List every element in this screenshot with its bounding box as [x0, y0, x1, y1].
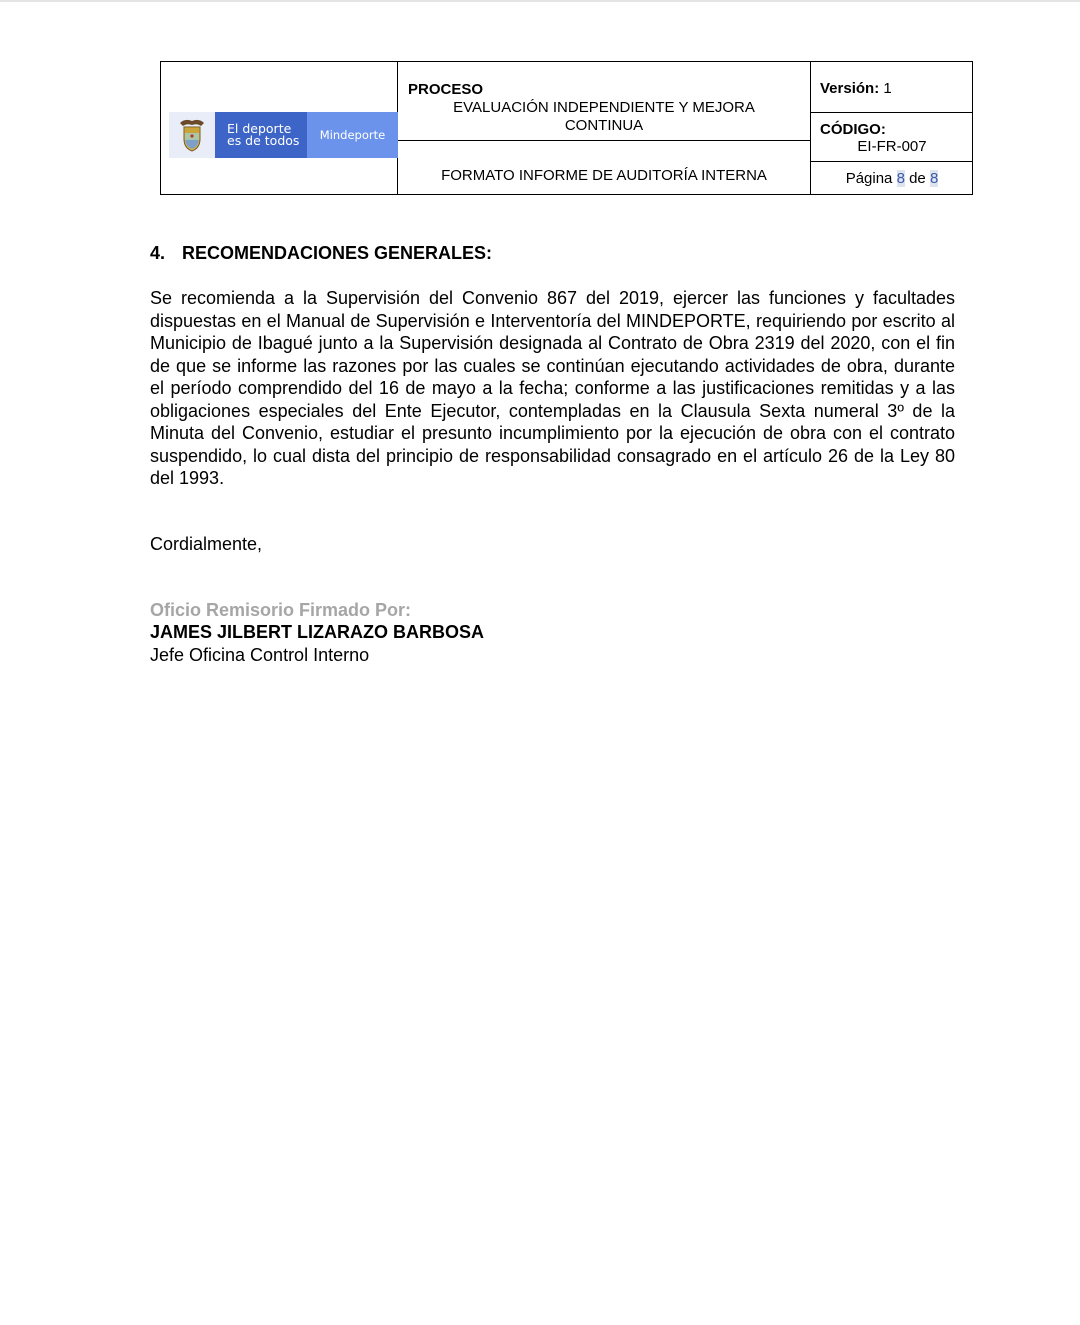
page-current: 8: [897, 170, 905, 187]
version: Versión: 1: [820, 80, 892, 97]
section-number: 4.: [150, 243, 182, 264]
page-indicator: Página 8 de 8: [810, 170, 974, 187]
divider: [810, 161, 972, 162]
mindeporte-logo: El deporte es de todos Mindeporte: [169, 112, 398, 158]
signatory-title: Jefe Oficina Control Interno: [150, 645, 369, 666]
divider: [810, 112, 972, 113]
brand-name: Mindeporte: [307, 112, 398, 158]
process-value-line-2: CONTINUA: [398, 117, 810, 135]
code-value: EI-FR-007: [810, 138, 974, 155]
signatory-name: JAMES JILBERT LIZARAZO BARBOSA: [150, 622, 484, 643]
divider: [397, 140, 810, 141]
slogan-block: El deporte es de todos: [215, 112, 307, 158]
coat-of-arms-icon: [169, 112, 215, 158]
page-of: de: [909, 170, 926, 187]
version-value: 1: [883, 80, 891, 97]
process-label: PROCESO: [408, 81, 483, 98]
page-total: 8: [930, 170, 938, 187]
document-header-table: El deporte es de todos Mindeporte PROCES…: [160, 61, 973, 195]
section-heading: 4.RECOMENDACIONES GENERALES:: [150, 243, 492, 264]
process-value-line-1: EVALUACIÓN INDEPENDIENTE Y MEJORA: [398, 99, 810, 117]
process-value: EVALUACIÓN INDEPENDIENTE Y MEJORA CONTIN…: [398, 99, 810, 135]
code-label: CÓDIGO:: [820, 121, 886, 138]
recommendation-paragraph: Se recomienda a la Supervisión del Conve…: [150, 287, 955, 490]
top-border: [0, 0, 1080, 2]
signature-label: Oficio Remisorio Firmado Por:: [150, 600, 411, 621]
page-word: Página: [846, 170, 893, 187]
format-title: FORMATO INFORME DE AUDITORÍA INTERNA: [398, 167, 810, 184]
closing: Cordialmente,: [150, 534, 262, 555]
section-title: RECOMENDACIONES GENERALES:: [182, 243, 492, 263]
slogan-line-2: es de todos: [227, 135, 307, 147]
version-label: Versión:: [820, 80, 879, 97]
